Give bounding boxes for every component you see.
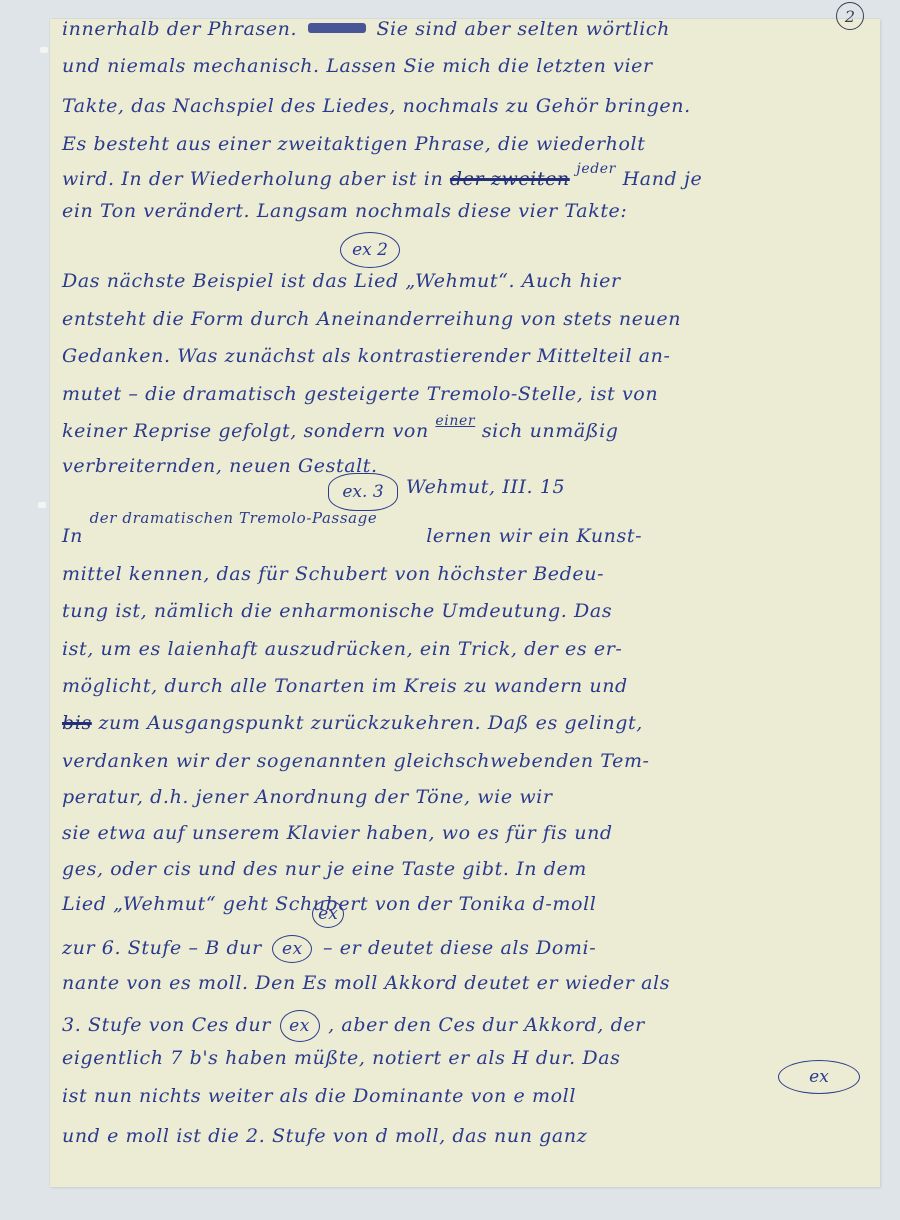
example-marker-ex: ex (778, 1060, 860, 1094)
text-line-20: peratur, d.h. jener Anordnung der Töne, … (62, 786, 553, 808)
example-marker-ex: ex (272, 935, 312, 963)
page-number: 2 (836, 2, 864, 30)
text-line-14: mittel kennen, das für Schubert von höch… (62, 563, 604, 585)
paper-tear (38, 502, 46, 508)
text-line-5: wird. In der Wiederholung aber ist in de… (62, 168, 702, 190)
text-line-15: tung ist, nämlich die enharmonische Umde… (62, 600, 612, 622)
text-line-13: In der dramatischen Tremolo-Passage lern… (62, 525, 642, 547)
text-line-29: und e moll ist die 2. Stufe von d moll, … (62, 1125, 587, 1147)
text-line-8: entsteht die Form durch Aneinanderreihun… (62, 308, 681, 330)
text-line-17: möglicht, durch alle Tonarten im Kreis z… (62, 675, 628, 697)
text-line-6: ein Ton verändert. Langsam nochmals dies… (62, 200, 627, 222)
text-line-27: eigentlich 7 b's haben müßte, notiert er… (62, 1047, 620, 1069)
text-line-12: verbreiternden, neuen Gestalt. (62, 455, 378, 477)
text-line-1: innerhalb der Phrasen. Sie sind aber sel… (62, 18, 670, 40)
example-marker-ex2: ex 2 (340, 232, 400, 268)
example-marker-ex: ex (280, 1010, 320, 1042)
example-marker-ex: ex (312, 900, 344, 928)
text-line-22: ges, oder cis und des nur je eine Taste … (62, 858, 587, 880)
example-caption: Wehmut, III. 15 (406, 476, 565, 498)
text-line-11: keiner Reprise gefolgt, sondern von eine… (62, 420, 619, 442)
text-line-2: und niemals mechanisch. Lassen Sie mich … (62, 55, 653, 77)
text-line-19: verdanken wir der sogenannten gleichschw… (62, 750, 650, 772)
text-line-28: ist nun nichts weiter als die Dominante … (62, 1085, 576, 1107)
text-line-3: Takte, das Nachspiel des Liedes, nochmal… (62, 95, 691, 117)
text-line-25: nante von es moll. Den Es moll Akkord de… (62, 972, 670, 994)
text-line-18: bis zum Ausgangspunkt zurückzukehren. Da… (62, 712, 643, 734)
text-line-16: ist, um es laienhaft auszudrücken, ein T… (62, 638, 622, 660)
text-line-10: mutet – die dramatisch gesteigerte Tremo… (62, 383, 658, 405)
text-line-26: 3. Stufe von Ces dur ex , aber den Ces d… (62, 1010, 645, 1042)
text-line-4: Es besteht aus einer zweitaktigen Phrase… (62, 133, 645, 155)
example-marker-ex3: ex. 3 (328, 473, 398, 511)
text-line-24: zur 6. Stufe – B dur ex – er deutet dies… (62, 935, 596, 963)
scribbled-out-word (308, 23, 366, 33)
text-line-7: Das nächste Beispiel ist das Lied „Wehmu… (62, 270, 621, 292)
paper-tear (40, 47, 48, 53)
text-line-9: Gedanken. Was zunächst als kontrastieren… (62, 345, 671, 367)
text-line-21: sie etwa auf unserem Klavier haben, wo e… (62, 822, 613, 844)
